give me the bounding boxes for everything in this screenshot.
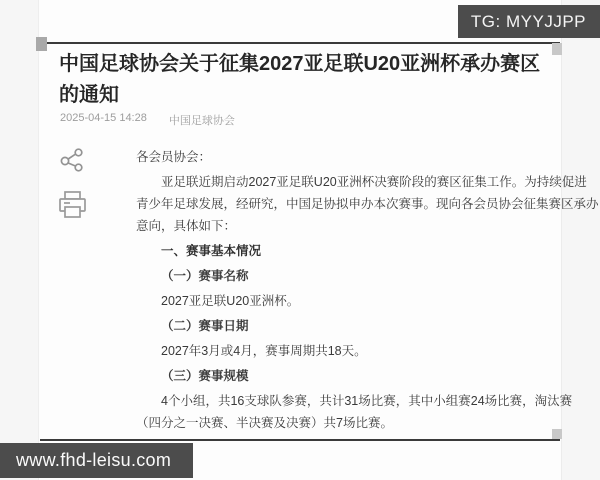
- body-line: 2027亚足联U20亚洲杯。: [136, 290, 566, 312]
- article-meta: 2025-04-15 14:28 中国足球协会: [60, 112, 235, 128]
- corner-artifact-top-right: [552, 43, 562, 55]
- body-line: 青少年足球发展，经研究，中国足协拟申办本次赛事。现向各会员协会征集赛区承办: [136, 193, 566, 215]
- body-line: 各会员协会：: [136, 146, 566, 168]
- intro-paragraph: 亚足联近期启动2027亚足联U20亚洲杯决赛阶段的赛区征集工作。为持续促进 青少…: [136, 171, 566, 237]
- subsection-heading: （二）赛事日期: [136, 315, 566, 337]
- printer-icon: [56, 188, 89, 222]
- subsection-3-heading: （三）赛事规模: [136, 365, 566, 387]
- body-line: 4个小组，共16支球队参赛，共计31场比赛，其中小组赛24场比赛，淘汰赛: [136, 390, 566, 412]
- share-button[interactable]: [57, 145, 87, 175]
- corner-artifact-top-left: [36, 37, 47, 51]
- print-button[interactable]: [56, 188, 89, 222]
- article-body: 各会员协会： 亚足联近期启动2027亚足联U20亚洲杯决赛阶段的赛区征集工作。为…: [136, 146, 566, 434]
- share-icon: [57, 145, 87, 175]
- section-1-heading: 一、赛事基本情况: [136, 240, 566, 262]
- publish-timestamp: 2025-04-15 14:28: [60, 112, 147, 128]
- section-heading: 一、赛事基本情况: [136, 240, 566, 262]
- watermark-bottom-text: www.fhd-leisu.com: [16, 450, 171, 471]
- subsection-heading: （一）赛事名称: [136, 265, 566, 287]
- body-line: 2027年3月或4月，赛事周期共18天。: [136, 340, 566, 362]
- subsection-2-heading: （二）赛事日期: [136, 315, 566, 337]
- body-line: 意向，具体如下：: [136, 215, 566, 237]
- watermark-badge-top: TG: MYYJJPP: [458, 5, 600, 38]
- top-divider: [46, 42, 560, 44]
- bottom-divider: [40, 439, 560, 441]
- page-background: TG: MYYJJPP 中国足球协会关于征集2027亚足联U20亚洲杯承办赛区的…: [0, 0, 600, 480]
- watermark-top-text: TG: MYYJJPP: [471, 12, 586, 32]
- event-date-paragraph: 2027年3月或4月，赛事周期共18天。: [136, 340, 566, 362]
- source-name: 中国足球协会: [169, 112, 235, 128]
- event-name-paragraph: 2027亚足联U20亚洲杯。: [136, 290, 566, 312]
- subsection-1-heading: （一）赛事名称: [136, 265, 566, 287]
- body-line: 亚足联近期启动2027亚足联U20亚洲杯决赛阶段的赛区征集工作。为持续促进: [136, 171, 566, 193]
- subsection-heading: （三）赛事规模: [136, 365, 566, 387]
- salutation-paragraph: 各会员协会：: [136, 146, 566, 168]
- article-title: 中国足球协会关于征集2027亚足联U20亚洲杯承办赛区的通知: [59, 49, 551, 111]
- body-line: （四分之一决赛、半决赛及决赛）共7场比赛。: [136, 412, 566, 434]
- event-scale-paragraph: 4个小组，共16支球队参赛，共计31场比赛，其中小组赛24场比赛，淘汰赛 （四分…: [136, 390, 566, 434]
- watermark-badge-bottom: www.fhd-leisu.com: [0, 443, 193, 478]
